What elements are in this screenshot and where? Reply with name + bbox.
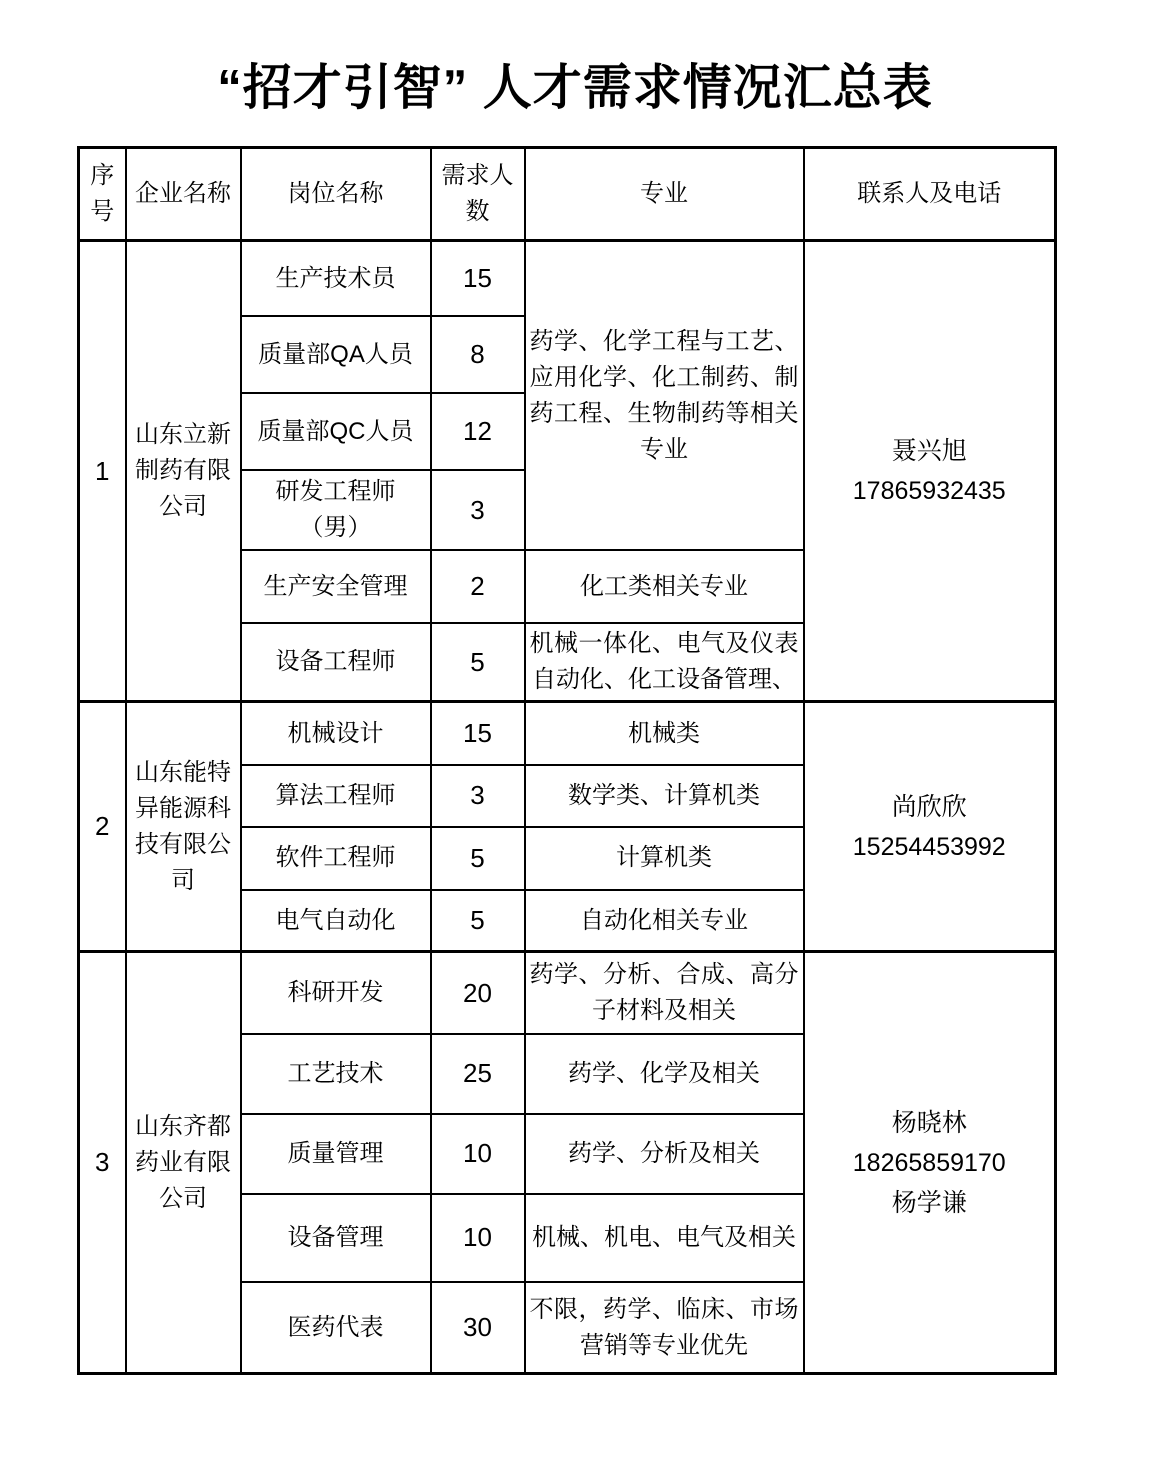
company-name: 山东齐都药业有限公司 (126, 952, 241, 1374)
count-cell: 10 (431, 1194, 525, 1282)
header-contact: 联系人及电话 (804, 147, 1056, 240)
header-position: 岗位名称 (241, 147, 431, 240)
position-cell: 设备工程师 (241, 623, 431, 702)
header-company: 企业名称 (126, 147, 241, 240)
contact-cell: 尚欣欣 15254453992 (804, 702, 1056, 952)
count-cell: 15 (431, 702, 525, 765)
major-cell: 药学、分析、合成、高分子材料及相关 (525, 952, 804, 1034)
count-cell: 15 (431, 240, 525, 316)
position-cell: 科研开发 (241, 952, 431, 1034)
position-cell: 设备管理 (241, 1194, 431, 1282)
position-cell: 质量管理 (241, 1114, 431, 1194)
major-cell: 不限，药学、临床、市场营销等专业优先 (525, 1282, 804, 1374)
page-title: “招才引智” 人才需求情况汇总表 (0, 0, 1150, 116)
count-cell: 3 (431, 765, 525, 827)
count-cell: 5 (431, 623, 525, 702)
major-cell: 机械类 (525, 702, 804, 765)
position-cell: 算法工程师 (241, 765, 431, 827)
header-major: 专业 (525, 147, 804, 240)
talent-demand-table: 序号 企业名称 岗位名称 需求人数 专业 联系人及电话 1 山东立新制药有限公司… (77, 146, 1057, 1376)
header-row: 序号 企业名称 岗位名称 需求人数 专业 联系人及电话 (79, 147, 1056, 240)
company-name: 山东立新制药有限公司 (126, 240, 241, 702)
major-cell: 机械一体化、电气及仪表自动化、化工设备管理、 (525, 623, 804, 702)
company-index: 3 (79, 952, 126, 1374)
count-cell: 20 (431, 952, 525, 1034)
position-cell: 研发工程师 （男） (241, 470, 431, 550)
company-index: 1 (79, 240, 126, 702)
count-cell: 10 (431, 1114, 525, 1194)
major-cell: 自动化相关专业 (525, 890, 804, 952)
contact-cell: 杨晓林 18265859170 杨学谦 (804, 952, 1056, 1374)
count-cell: 8 (431, 316, 525, 393)
header-index: 序号 (79, 147, 126, 240)
contact-cell: 聂兴旭 17865932435 (804, 240, 1056, 702)
header-count: 需求人数 (431, 147, 525, 240)
major-cell: 数学类、计算机类 (525, 765, 804, 827)
count-cell: 5 (431, 890, 525, 952)
position-cell: 质量部QC人员 (241, 393, 431, 470)
position-cell: 工艺技术 (241, 1034, 431, 1114)
count-cell: 5 (431, 827, 525, 890)
position-cell: 质量部QA人员 (241, 316, 431, 393)
count-cell: 2 (431, 550, 525, 623)
major-cell: 药学、分析及相关 (525, 1114, 804, 1194)
position-cell: 生产技术员 (241, 240, 431, 316)
position-cell: 生产安全管理 (241, 550, 431, 623)
company-name: 山东能特异能源科技有限公司 (126, 702, 241, 952)
position-cell: 机械设计 (241, 702, 431, 765)
position-cell: 医药代表 (241, 1282, 431, 1374)
count-cell: 3 (431, 470, 525, 550)
major-cell: 化工类相关专业 (525, 550, 804, 623)
table-row: 3 山东齐都药业有限公司 科研开发 20 药学、分析、合成、高分子材料及相关 杨… (79, 952, 1056, 1034)
count-cell: 25 (431, 1034, 525, 1114)
document-page: “招才引智” 人才需求情况汇总表 序号 企业名称 岗位名称 需求人数 专业 联系… (0, 0, 1150, 1461)
table-row: 2 山东能特异能源科技有限公司 机械设计 15 机械类 尚欣欣 15254453… (79, 702, 1056, 765)
position-cell: 软件工程师 (241, 827, 431, 890)
count-cell: 30 (431, 1282, 525, 1374)
count-cell: 12 (431, 393, 525, 470)
major-cell: 药学、化学及相关 (525, 1034, 804, 1114)
company-index: 2 (79, 702, 126, 952)
table-row: 1 山东立新制药有限公司 生产技术员 15 药学、化学工程与工艺、应用化学、化工… (79, 240, 1056, 316)
major-cell: 机械、机电、电气及相关 (525, 1194, 804, 1282)
major-cell: 药学、化学工程与工艺、应用化学、化工制药、制药工程、生物制药等相关专业 (525, 240, 804, 550)
position-cell: 电气自动化 (241, 890, 431, 952)
major-cell: 计算机类 (525, 827, 804, 890)
